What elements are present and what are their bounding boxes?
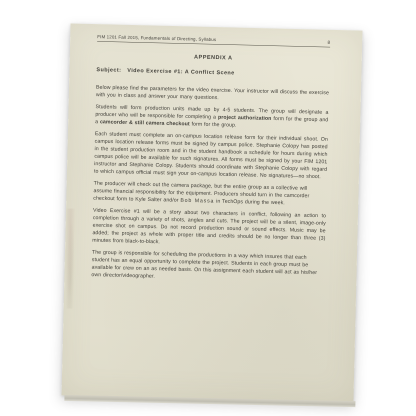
photo-background: FIM 1201 Fall 2015, Fundamentals of Dire… xyxy=(0,0,416,416)
header-course-label: FIM 1201 Fall 2015, Fundamentals of Dire… xyxy=(97,34,216,42)
document-page: FIM 1201 Fall 2015, Fundamentals of Dire… xyxy=(61,23,362,402)
paragraph: Students will form production units made… xyxy=(95,103,328,131)
paragraph-segment: camcorder & still camera checkout xyxy=(100,119,190,127)
subject-line: Subject: Video Exercise #1: A Conflict S… xyxy=(96,67,329,79)
paragraph: Each student must complete an on-campus … xyxy=(94,130,328,181)
header-page-number: 8 xyxy=(327,40,330,45)
paragraph: The group is responsible for scheduling … xyxy=(91,249,325,285)
paragraph: Video Exercise #1 will be a story about … xyxy=(92,207,326,250)
appendix-title: APPENDIX A xyxy=(97,52,330,64)
paragraph-segment: form for the group. xyxy=(190,121,237,128)
document-body: Below please find the parameters for the… xyxy=(91,84,329,285)
paragraph-segment: The group is responsible for scheduling … xyxy=(91,250,317,280)
paragraph-segment: Video Exercise #1 will be a story about … xyxy=(92,208,326,245)
paragraph-segment: project authorization xyxy=(218,115,272,122)
subject-label: Subject: xyxy=(96,67,121,74)
paragraph: Below please find the parameters for the… xyxy=(96,84,329,105)
paragraph-segment: Below please find the parameters for the… xyxy=(96,85,329,101)
subject-text: Video Exercise #1: A Conflict Scene xyxy=(127,67,234,76)
paragraph-segment: in TechOps during the week. xyxy=(214,199,285,206)
paragraph-segment: Each student must complete an on-campus … xyxy=(94,131,328,180)
page-content: FIM 1201 Fall 2015, Fundamentals of Dire… xyxy=(61,23,362,402)
page-header: FIM 1201 Fall 2015, Fundamentals of Dire… xyxy=(97,34,330,47)
paragraph-segment: Bob Massa xyxy=(180,198,214,204)
paragraph: The producer will check out the camera p… xyxy=(93,180,326,208)
